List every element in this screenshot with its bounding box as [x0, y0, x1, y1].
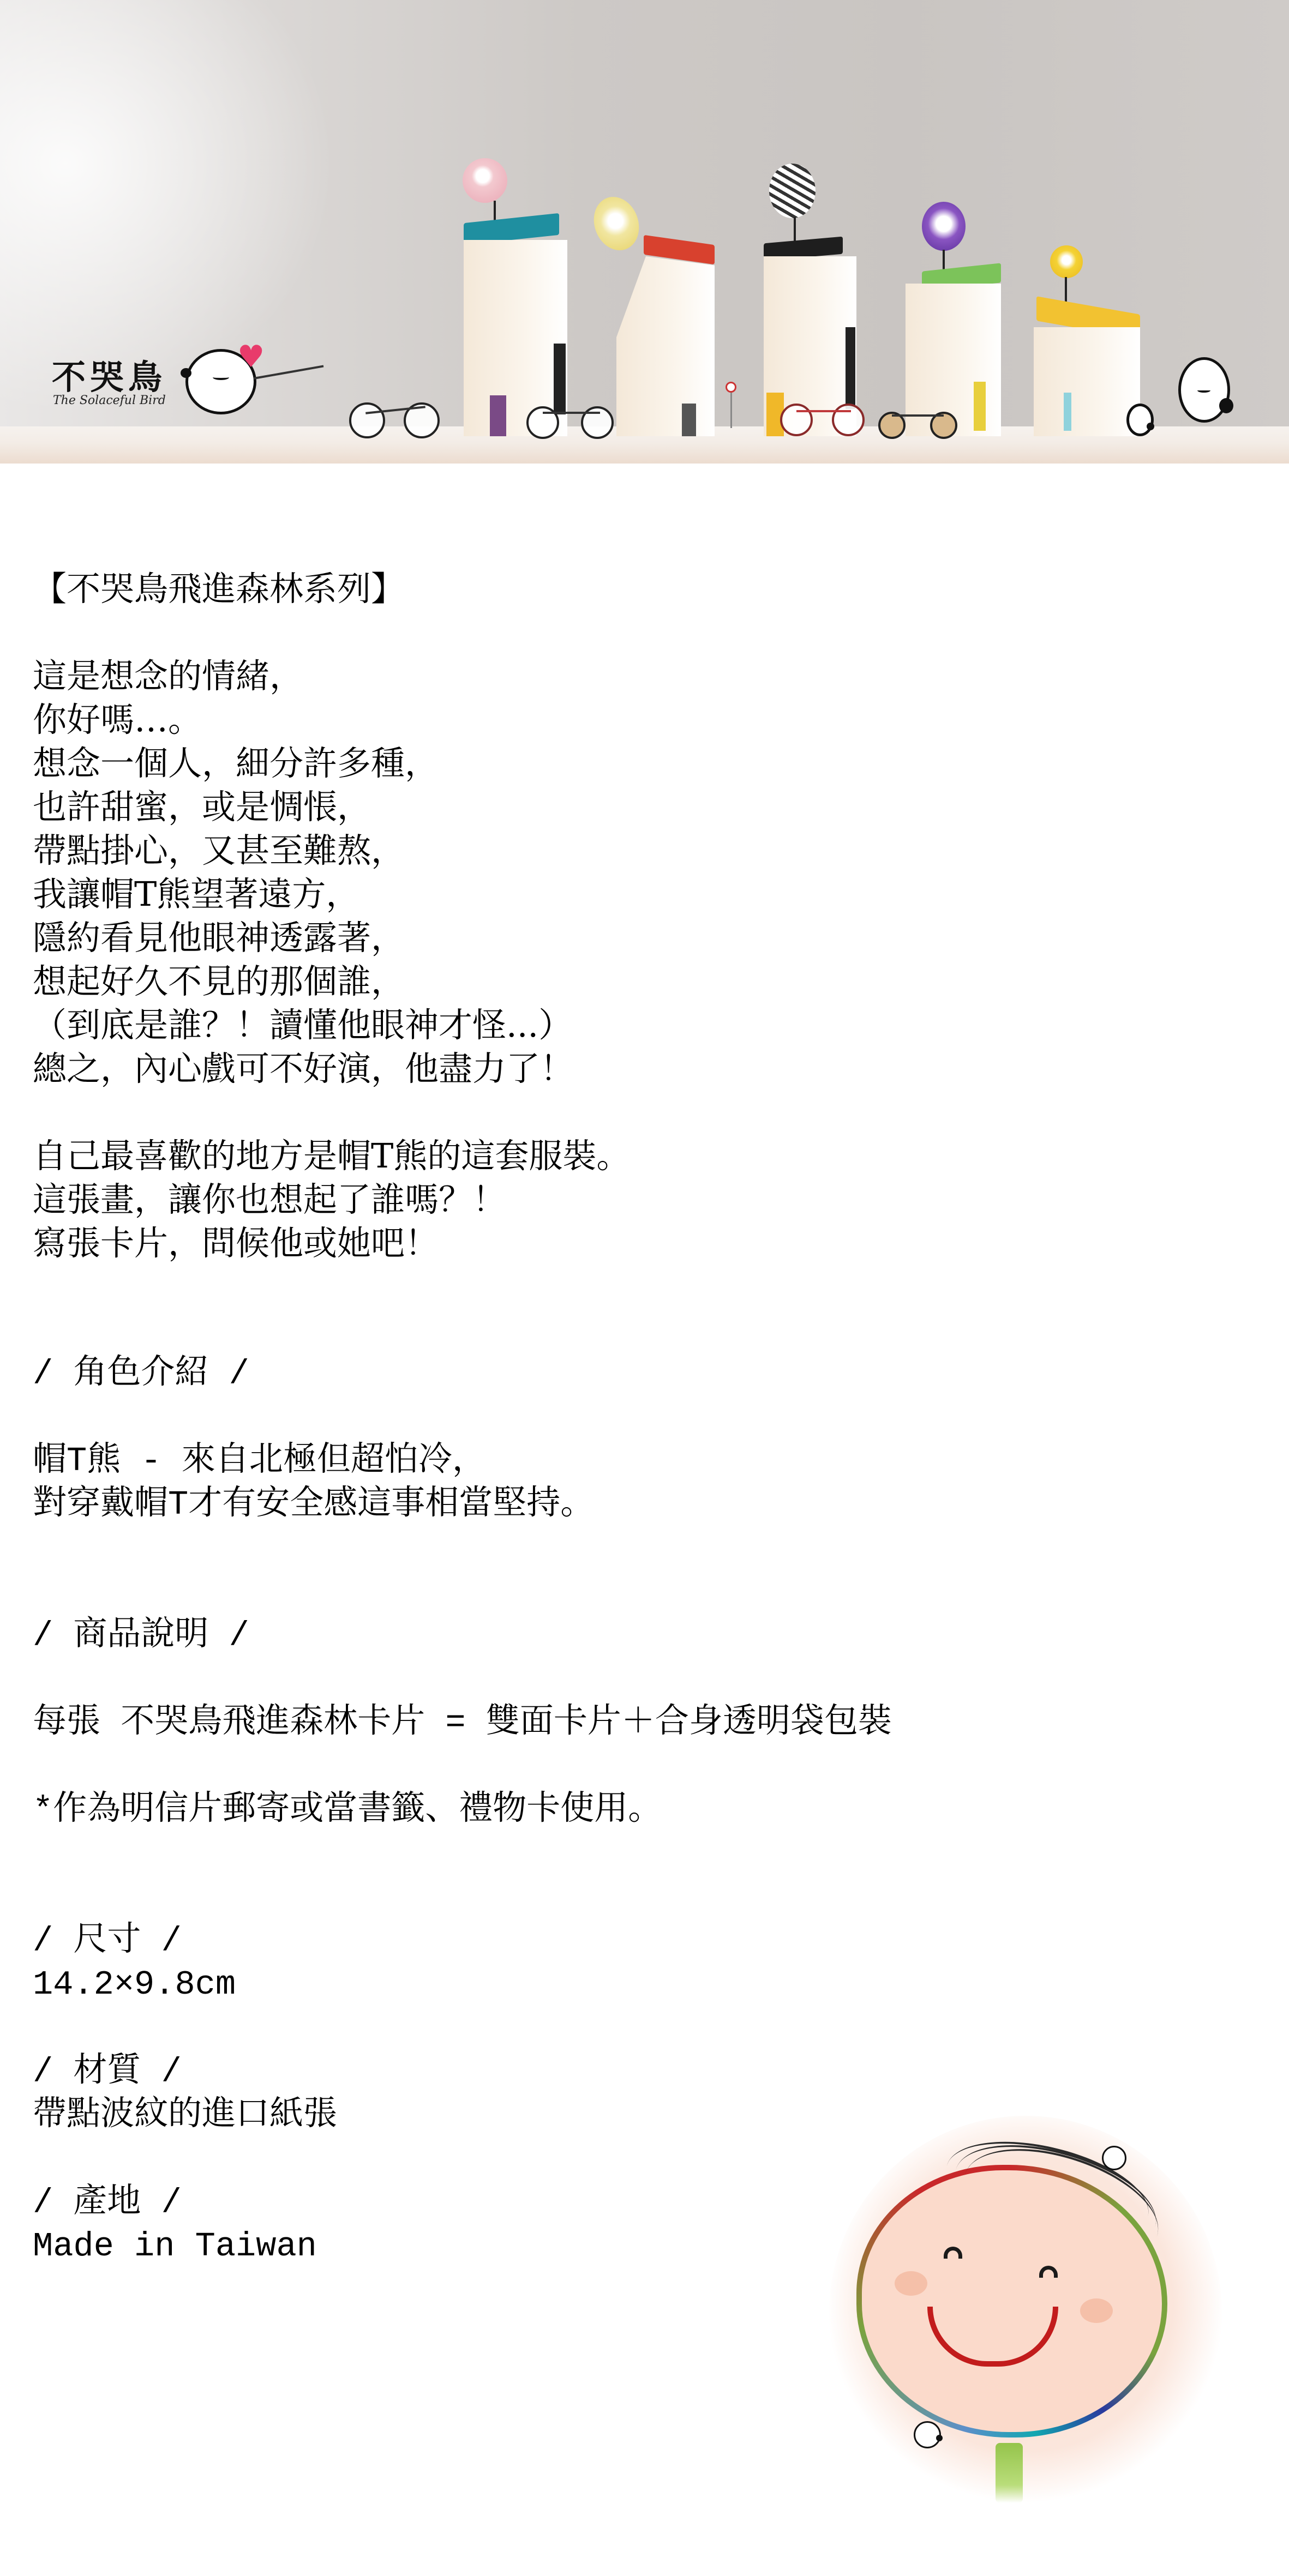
intro-line: 帶點掛心，又甚至難熬，: [33, 829, 1124, 872]
intro-line: 隱約看見他眼神透露著，: [33, 916, 1124, 960]
scarf: [996, 2443, 1023, 2503]
intro-line: 這是想念的情緒，: [33, 654, 1124, 698]
pin: [794, 217, 796, 242]
favorite-line: 寫張卡片，問候他或她吧！: [33, 1221, 1124, 1265]
right-cheek: [1080, 2298, 1113, 2323]
intro-paragraph: 這是想念的情緒， 你好嗎…。 想念一個人，細分許多種， 也許甜蜜，或是惆悵， 帶…: [33, 654, 1124, 1091]
section-heading: / 角色介紹 /: [33, 1352, 1124, 1396]
product-section: / 商品說明 / 每張 不哭鳥飛進森林卡片 = 雙面卡片＋合身透明袋包裝 *作為…: [33, 1614, 1124, 1832]
painted-stone-pink: [463, 158, 507, 203]
bicycle-red: [780, 387, 867, 436]
character-section: / 角色介紹 / 帽T熊 - 來自北極但超怕冷， 對穿戴帽T才有安全感這事相當堅…: [33, 1352, 1124, 1527]
character-line: 帽T熊 - 來自北極但超怕冷，: [33, 1440, 1124, 1483]
heart-icon: ♥: [237, 339, 265, 375]
favorite-line: 自己最喜歡的地方是帽T熊的這套服裝。: [33, 1134, 1124, 1178]
door: [1064, 393, 1071, 431]
headband-bird-icon: [1102, 2146, 1126, 2170]
painted-stone-sun: [1050, 245, 1083, 278]
brand-logo: 不哭鳥 The Solaceful Bird ♥: [46, 344, 286, 420]
bicycle-tan: [878, 393, 960, 439]
package-contents: 每張 不哭鳥飛進森林卡片 = 雙面卡片＋合身透明袋包裝: [33, 1701, 1124, 1745]
usage-note: *作為明信片郵寄或當書籤、禮物卡使用。: [33, 1789, 1124, 1832]
left-eye: [944, 2247, 962, 2259]
section-heading: / 尺寸 /: [33, 1919, 1124, 1963]
sign-pole: [730, 393, 732, 428]
logo-english: The Solaceful Bird: [53, 394, 166, 407]
pin: [1065, 277, 1067, 302]
spec-size: / 尺寸 / 14.2×9.8cm: [33, 1919, 1124, 2007]
section-heading: / 材質 /: [33, 2050, 1124, 2094]
favorite-paragraph: 自己最喜歡的地方是帽T熊的這套服裝。 這張畫，讓你也想起了誰嗎？！ 寫張卡片，問…: [33, 1134, 1124, 1265]
house-5: [1034, 327, 1140, 436]
intro-line: 也許甜蜜，或是惆悵，: [33, 785, 1124, 829]
product-description: 【不哭鳥飛進森林系列】 這是想念的情緒， 你好嗎…。 想念一個人，細分許多種， …: [33, 567, 1124, 2268]
spec-value: 14.2×9.8cm: [33, 1963, 1124, 2007]
favorite-line: 這張畫，讓你也想起了誰嗎？！: [33, 1178, 1124, 1221]
intro-line: 我讓帽T熊望著遠方，: [33, 872, 1124, 916]
smiling-character-illustration: [829, 2116, 1222, 2508]
door: [490, 395, 506, 436]
intro-line: 想起好久不見的那個誰，: [33, 960, 1124, 1003]
pin: [943, 250, 945, 272]
big-bird-icon: [1178, 357, 1230, 423]
intro-line: 總之，內心戲可不好演，他盡力了！: [33, 1047, 1124, 1091]
smile: [927, 2307, 1058, 2367]
intro-line: 想念一個人，細分許多種，: [33, 742, 1124, 785]
character-line: 對穿戴帽T才有安全感這事相當堅持。: [33, 1483, 1124, 1527]
street-sign: [726, 382, 736, 393]
painted-stone-zebra: [769, 164, 816, 218]
left-cheek: [895, 2271, 927, 2296]
banner-image: 不哭鳥 The Solaceful Bird ♥: [0, 0, 1289, 464]
logo-chinese: 不哭鳥: [52, 350, 166, 399]
door: [974, 382, 986, 431]
right-eye: [1039, 2266, 1058, 2278]
intro-line: （到底是誰？！讀懂他眼神才怪...）: [33, 1003, 1124, 1047]
bicycle-green: [349, 382, 442, 436]
intro-line: 你好嗎…。: [33, 698, 1124, 742]
series-title: 【不哭鳥飛進森林系列】: [33, 567, 1124, 611]
character-face: [856, 2165, 1167, 2437]
painted-stone-purple: [922, 202, 966, 251]
shoulder-bird-icon: [914, 2421, 941, 2448]
bicycle-white: [526, 390, 616, 439]
door: [682, 404, 696, 436]
section-heading: / 商品說明 /: [33, 1614, 1124, 1658]
small-bird-icon: [1126, 404, 1154, 436]
